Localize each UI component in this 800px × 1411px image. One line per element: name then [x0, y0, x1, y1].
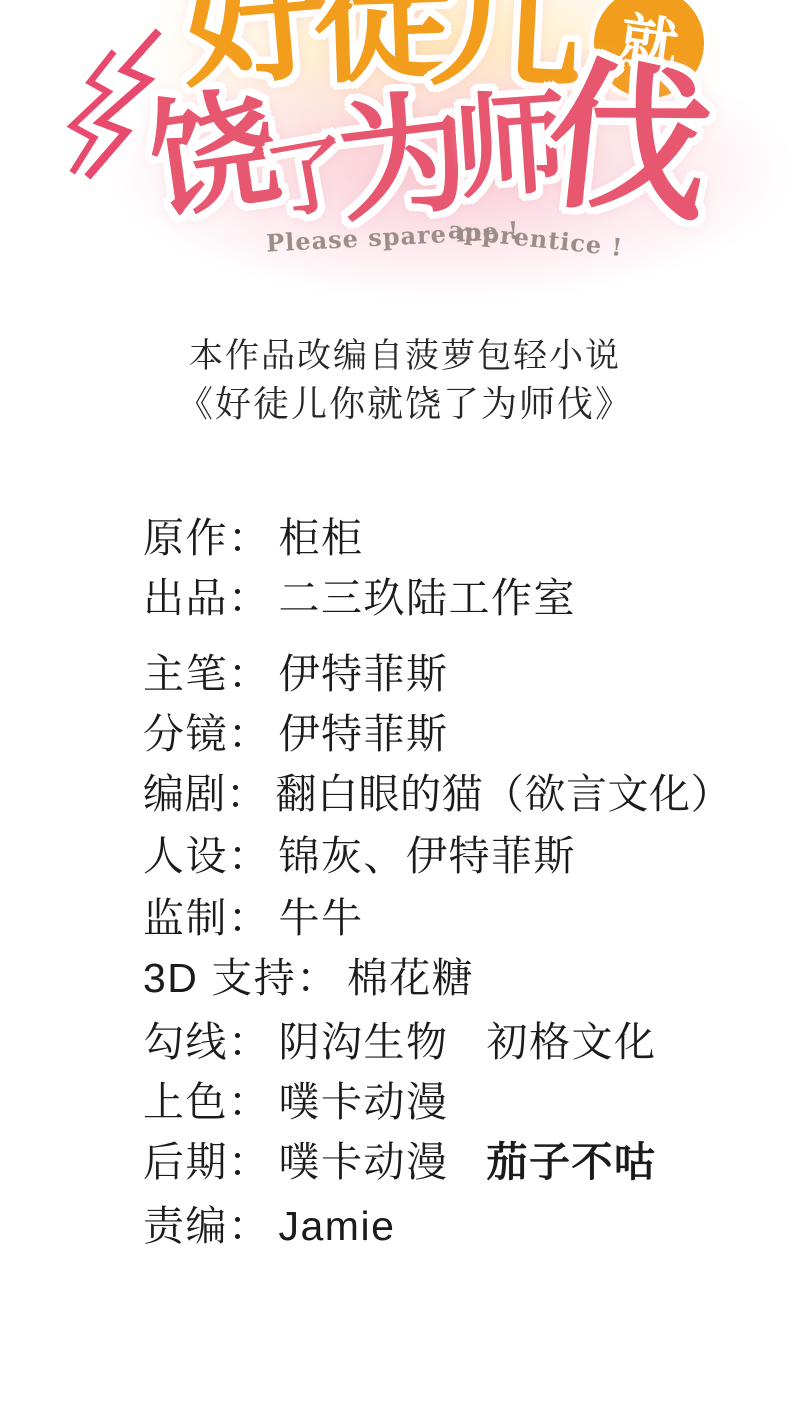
credit-label: 责编：	[143, 1203, 271, 1249]
credit-value: 翻白眼的猫（欲言文化）	[276, 771, 733, 817]
credit-label: 监制：	[143, 895, 271, 941]
credit-value: 二三玖陆工作室	[279, 575, 577, 621]
credit-label: 分镜：	[143, 711, 271, 757]
credit-value: 噗卡动漫	[279, 1139, 449, 1185]
credit-value: 伊特菲斯	[279, 651, 449, 697]
credit-line-coloring: 上色：噗卡动漫	[143, 1069, 449, 1128]
title-char-fa: 伐	[540, 54, 718, 232]
credit-value: 锦灰、伊特菲斯	[279, 833, 577, 879]
credit-line-original-author: 原作：柜柜	[143, 505, 364, 564]
credit-label: 编剧：	[143, 771, 268, 817]
credit-line-producer: 出品：二三玖陆工作室	[143, 565, 576, 624]
credit-value: 棉花糖	[347, 955, 475, 1001]
credit-line-storyboard: 分镜：伊特菲斯	[143, 701, 449, 760]
credit-line-3d-support: 3D 支持：棉花糖	[143, 945, 474, 1004]
credit-label: 3D 支持：	[143, 955, 339, 1001]
credit-value: 噗卡动漫	[279, 1079, 449, 1125]
credit-line-character-design: 人设：锦灰、伊特菲斯	[143, 823, 576, 882]
credit-value: 牛牛	[279, 895, 364, 941]
credit-value: 伊特菲斯	[279, 711, 449, 757]
credit-value: 柜柜	[279, 515, 364, 561]
credit-value-secondary-bold: 茄子不咕	[487, 1139, 657, 1185]
credit-line-editor: 责编：Jamie	[143, 1193, 395, 1252]
adaptation-note-line1: 本作品改编自菠萝包轻小说	[0, 328, 800, 377]
adaptation-note-line2: 《好徒儿你就饶了为师伐》	[0, 376, 800, 427]
comic-credits-page: 好 徒 儿 就 饶 了 为 师 伐 Please spare me ! appr…	[0, 0, 800, 1411]
credit-label: 上色：	[143, 1079, 271, 1125]
credit-label: 勾线：	[143, 1019, 271, 1065]
credit-value: 阴沟生物	[279, 1019, 449, 1065]
credit-value-secondary: 初格文化	[487, 1019, 657, 1065]
credit-label: 出品：	[143, 575, 271, 621]
credit-label: 主笔：	[143, 651, 271, 697]
credit-label: 后期：	[143, 1139, 271, 1185]
credit-label: 人设：	[143, 833, 271, 879]
credit-line-supervisor: 监制：牛牛	[143, 885, 364, 944]
credit-label: 原作：	[143, 515, 271, 561]
credit-line-lineart: 勾线：阴沟生物初格文化	[143, 1009, 657, 1068]
credit-line-post-production: 后期：噗卡动漫茄子不咕	[143, 1129, 657, 1188]
credit-value: Jamie	[279, 1203, 396, 1249]
credit-line-script: 编剧：翻白眼的猫（欲言文化）	[143, 761, 732, 820]
credit-line-lead-artist: 主笔：伊特菲斯	[143, 641, 449, 700]
